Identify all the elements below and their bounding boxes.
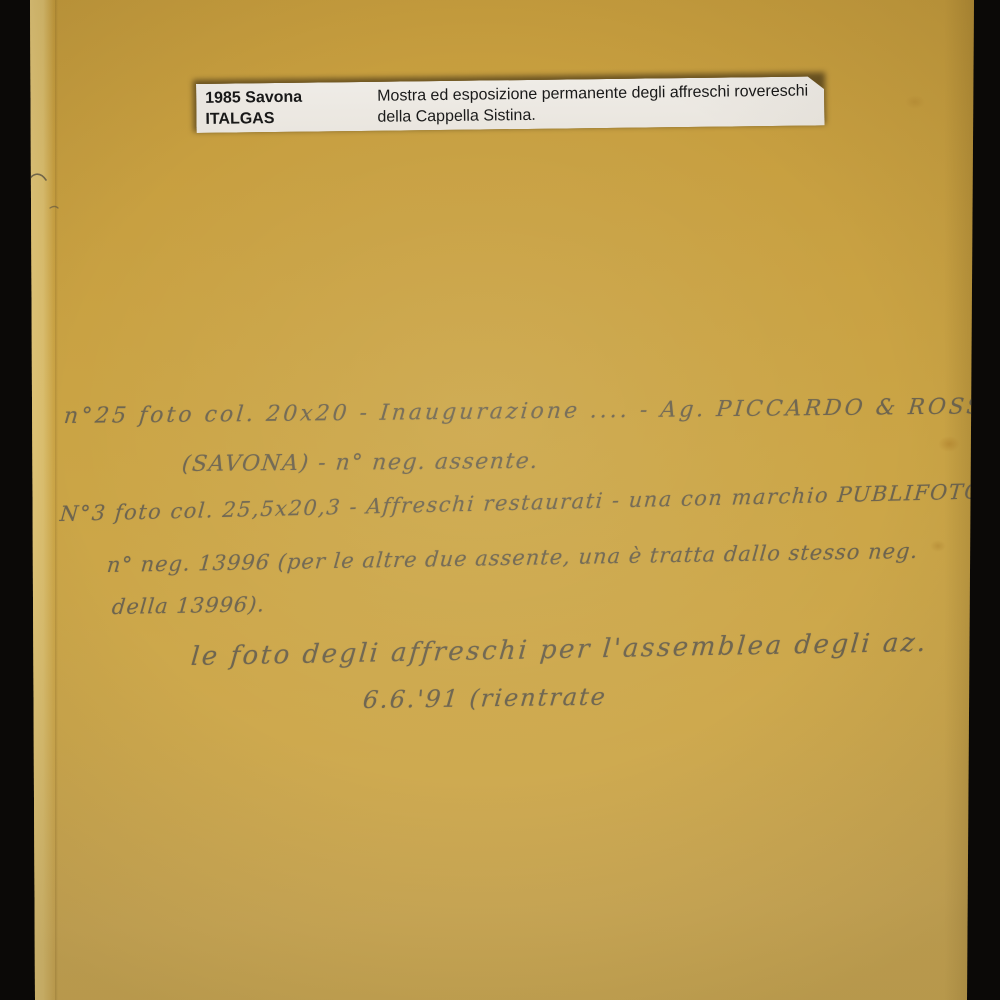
stain (905, 95, 925, 109)
label-header: 1985 Savona ITALGAS (196, 86, 377, 130)
folder-spine-edge (30, 0, 54, 1000)
label-description: Mostra ed esposizione permanente degli a… (377, 80, 824, 127)
folder-crease (55, 0, 58, 1000)
handwriting-line-6: le foto degli affreschi per l'assemblea … (190, 628, 929, 672)
photo-background: 1985 Savona ITALGAS Mostra ed esposizion… (0, 0, 1000, 1000)
pencil-squiggle-icon (24, 168, 64, 218)
handwriting-line-5: della 13996). (111, 592, 266, 619)
handwriting-line-2: (SAVONA) - n° neg. assente. (181, 449, 540, 477)
handwriting-line-7: 6.6.'91 (rientrate (362, 683, 609, 714)
label-company: ITALGAS (205, 107, 377, 130)
typed-label: 1985 Savona ITALGAS Mostra ed esposizion… (196, 76, 825, 133)
label-description-line2: della Cappella Sistina. (377, 101, 824, 127)
handwriting-line-1: n°25 foto col. 20x20 - Inaugurazione ...… (63, 394, 1000, 429)
label-year-city: 1985 Savona (205, 86, 377, 109)
folder: 1985 Savona ITALGAS Mostra ed esposizion… (0, 0, 1000, 1000)
handwriting-line-4: n° neg. 13996 (per le altre due assente,… (106, 539, 919, 577)
handwriting-line-3: N°3 foto col. 25,5x20,3 - Affreschi rest… (59, 479, 1000, 526)
